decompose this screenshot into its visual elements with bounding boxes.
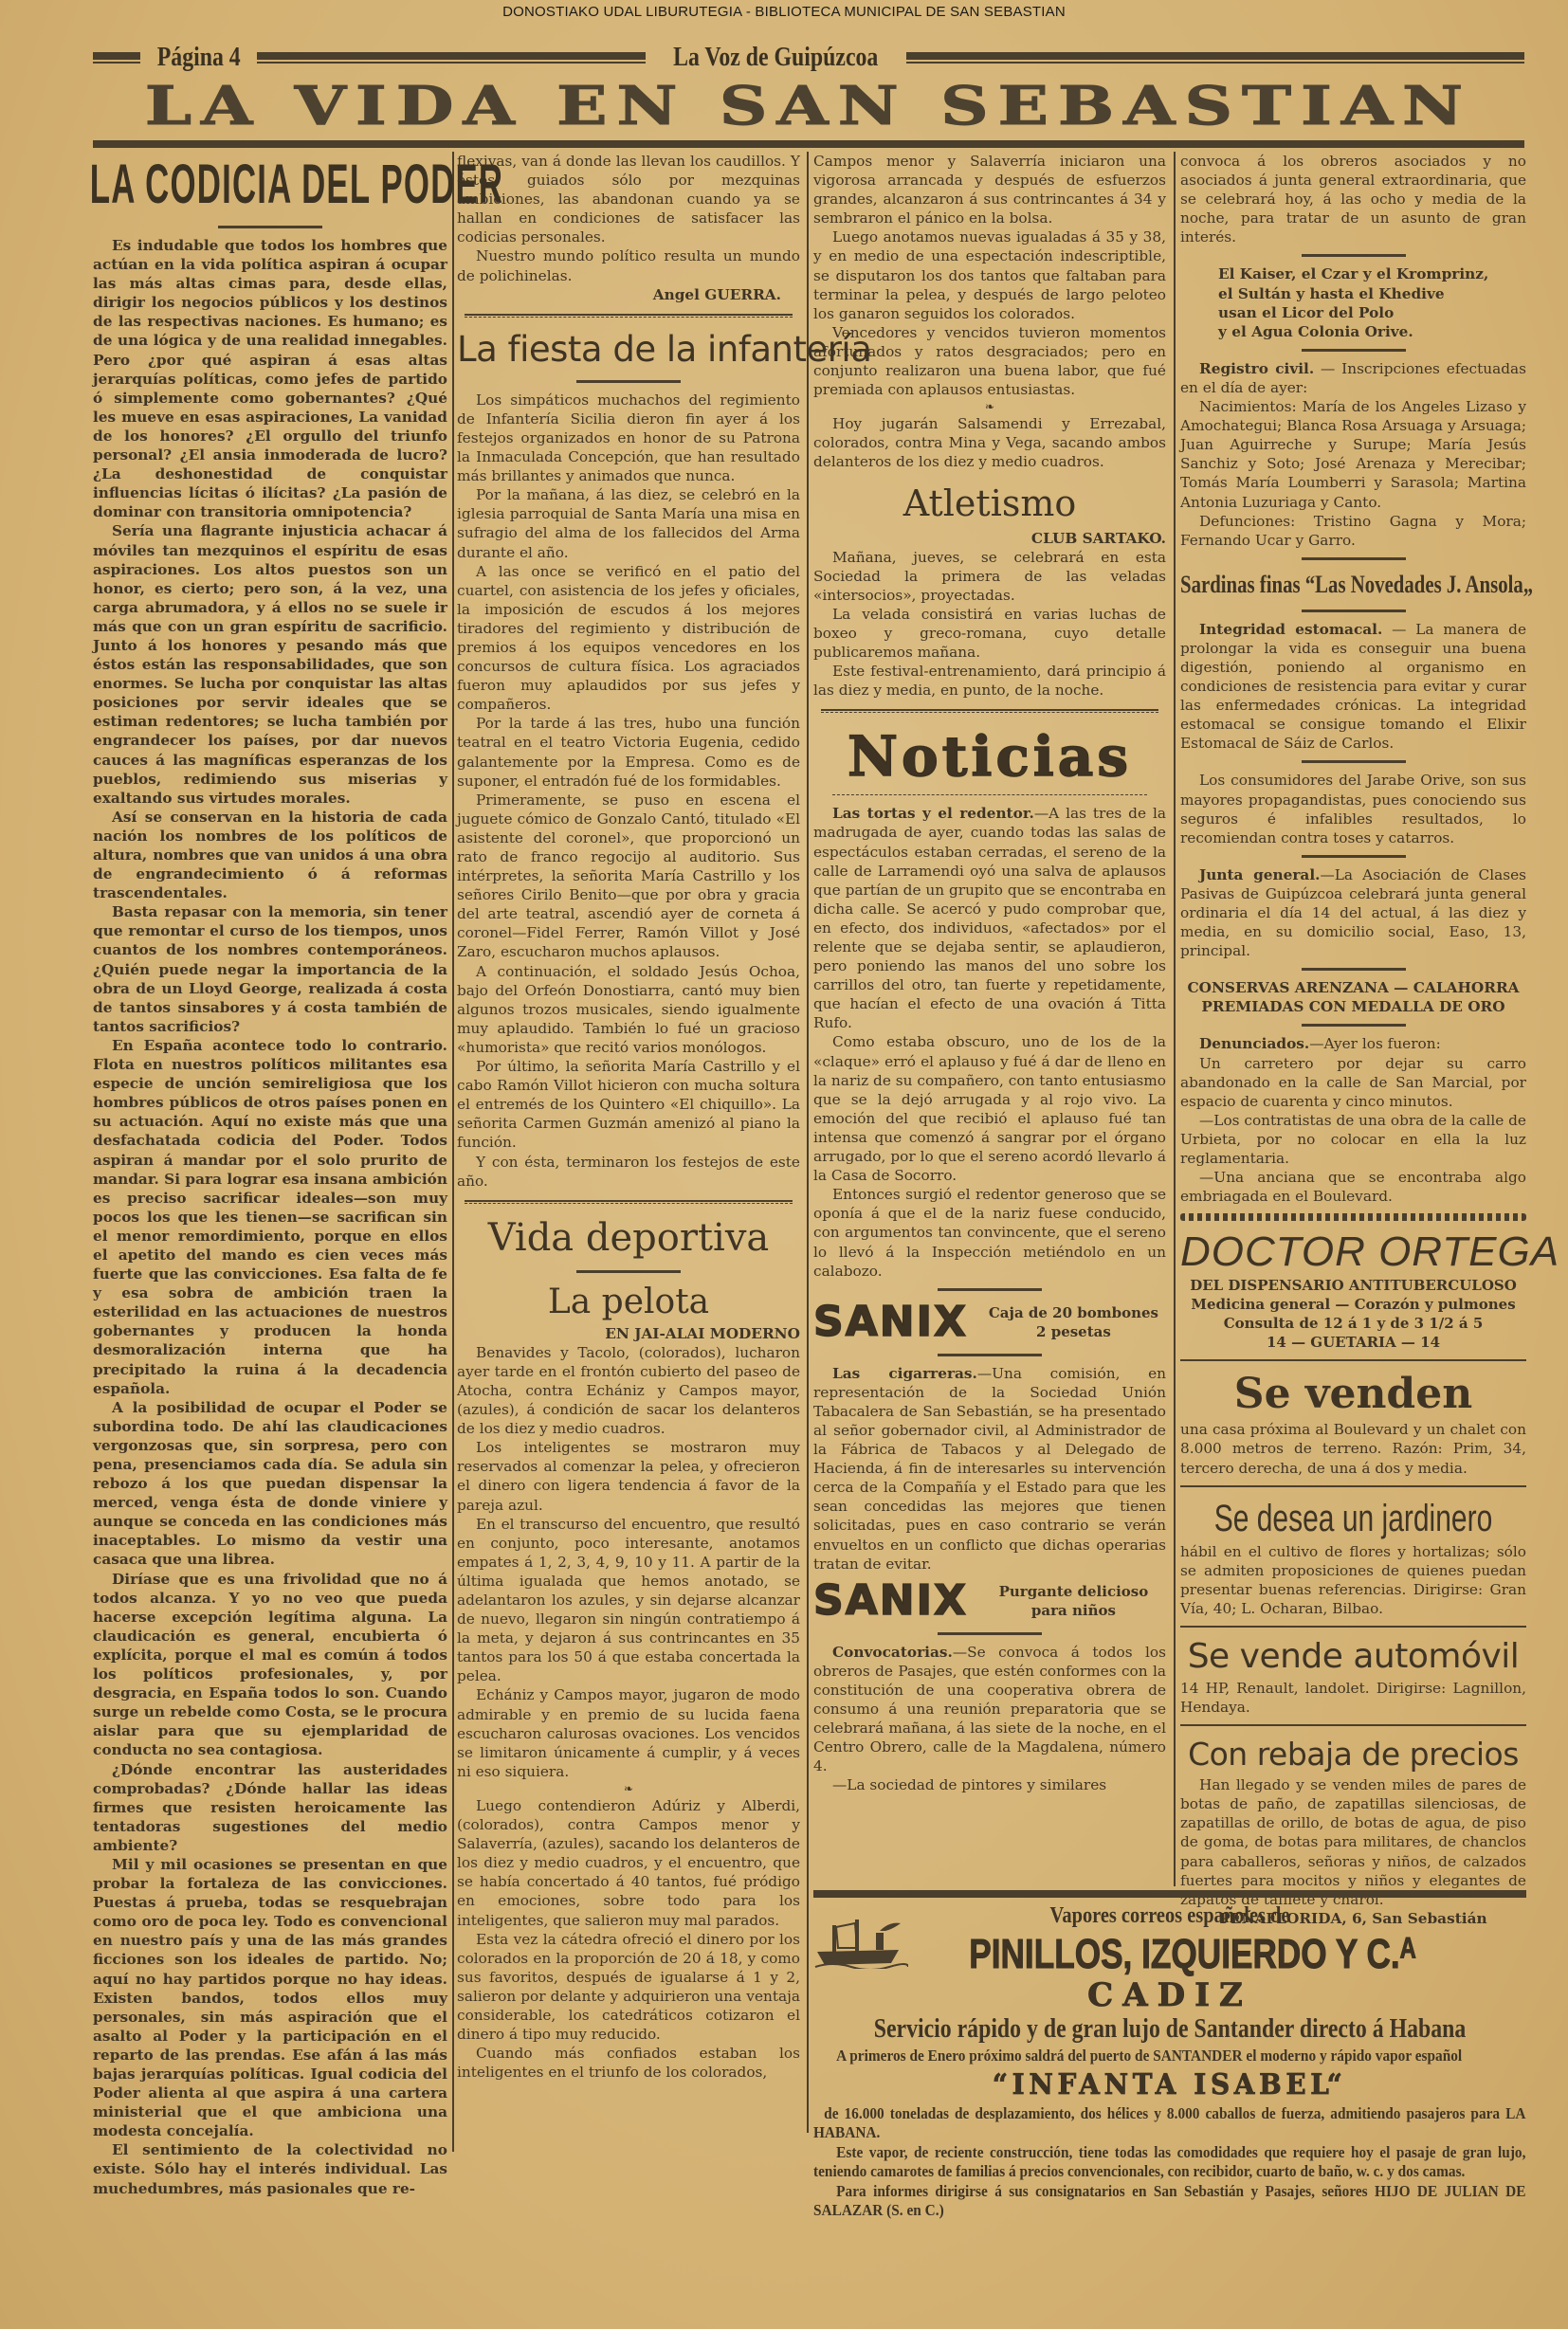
- sanix-logo: SANIX: [813, 1299, 968, 1346]
- title-rule: [218, 226, 322, 228]
- paragraph: Como estaba obscuro, uno de los de la «c…: [813, 1032, 1166, 1185]
- paragraph: Entonces surgió el redentor generoso que…: [813, 1185, 1166, 1280]
- rule: [1302, 855, 1406, 858]
- sanix-tagline: Purgante delicioso para niños: [981, 1582, 1166, 1620]
- paragraph: A las once se verificó en el patio del c…: [457, 562, 800, 715]
- article-codicia-del-poder: LA CODICIA DEL PODER Es indudable que to…: [93, 152, 447, 2123]
- rule: [1180, 1359, 1526, 1361]
- jardinero-ad: Se desea un jardinero: [1181, 1495, 1526, 1542]
- ornamental-rule: [465, 1200, 793, 1204]
- paragraph: Los inteligentes se mostraron muy reserv…: [457, 1438, 800, 1514]
- column-4: convoca á los obreros asociados y no aso…: [1180, 152, 1526, 1928]
- shipping-ad: Vapores correos españoles de PINILLOS, I…: [813, 1901, 1526, 2223]
- rule: [938, 1632, 1042, 1635]
- paragraph: Los consumidores del Jarabe Orive, son s…: [1180, 771, 1526, 846]
- doctor-ortega-ad: DOCTOR ORTEGA: [1180, 1228, 1526, 1276]
- article-title: La pelota: [457, 1281, 800, 1324]
- rule: [1302, 349, 1406, 352]
- paragraph: Campos menor y Salaverría iniciaron una …: [813, 152, 1166, 227]
- news-item: Las cigarreras.—Una comisión, en represe…: [813, 1364, 1166, 1574]
- newspaper-name: La Voz de Guipúzcoa: [674, 43, 879, 73]
- section-title: Vida deportiva: [457, 1213, 800, 1263]
- paragraph: Echániz y Campos mayor, jugaron de modo …: [457, 1685, 800, 1780]
- column-divider: [452, 152, 454, 2152]
- paragraph: —La sociedad de pintores y similares: [813, 1775, 1166, 1794]
- page-number: Página 4: [157, 43, 241, 73]
- conservas-ad: CONSERVAS ARENZANA — CALAHORRA: [1180, 978, 1526, 997]
- paragraph: 14 HP, Renault, landolet. Dirigirse: Lag…: [1180, 1679, 1526, 1717]
- column-3: Campos menor y Salaverría iniciaron una …: [813, 152, 1166, 1794]
- paragraph: Así se conservan en la historia de cada …: [93, 808, 447, 902]
- rule: [1302, 968, 1406, 971]
- club-name: CLUB SARTAKO.: [813, 529, 1166, 548]
- rule: [1302, 760, 1406, 763]
- paragraph: —Los contratistas de una obra de la call…: [1180, 1111, 1526, 1168]
- sanix-ad: SANIX Caja de 20 bombones 2 pesetas: [813, 1299, 1166, 1346]
- automovil-ad: Se vende automóvil: [1180, 1635, 1526, 1679]
- paragraph: Es indudable que todos los hombres que a…: [93, 236, 447, 521]
- rule: [1302, 610, 1406, 612]
- paragraph: Mañana, jueves, se celebrará en esta Soc…: [813, 548, 1166, 605]
- sanix-ad: SANIX Purgante delicioso para niños: [813, 1577, 1166, 1625]
- paragraph: Nuestro mundo político resulta un mundo …: [457, 246, 800, 284]
- archive-banner: DONOSTIAKO UDAL LIBURUTEGIA - BIBLIOTECA…: [0, 4, 1568, 20]
- page-header: Página 4 La Voz de Guipúzcoa: [93, 42, 1524, 74]
- paragraph: Por la mañana, á las diez, se celebró en…: [457, 485, 800, 561]
- sanix-tagline: Caja de 20 bombones 2 pesetas: [981, 1303, 1166, 1341]
- paragraph: Benavides y Tacolo, (colorados), lucharo…: [457, 1343, 800, 1438]
- paragraph: Y con ésta, terminaron los festejos de e…: [457, 1153, 800, 1191]
- article-subtitle: EN JAI-ALAI MODERNO: [457, 1324, 800, 1343]
- header-rule: [93, 52, 140, 64]
- paragraph: A continuación, el soldado Jesús Ochoa, …: [457, 962, 800, 1057]
- rule: [1302, 557, 1406, 560]
- paragraph: Un carretero por dejar su carro abandona…: [1180, 1054, 1526, 1111]
- paragraph: convoca á los obreros asociados y no aso…: [1180, 152, 1526, 246]
- news-lead: Las cigarreras.: [832, 1365, 977, 1382]
- news-item: Integridad estomacal. — La manera de pro…: [1180, 620, 1526, 754]
- author-signature: Angel GUERRA.: [457, 285, 800, 304]
- paragraph: Sería una flagrante injusticia achacar á…: [93, 521, 447, 807]
- article-title: Atletismo: [813, 478, 1166, 529]
- paragraph: Diríase que es una frivolidad que no á t…: [93, 1570, 447, 1760]
- news-item: Junta general.—La Asociación de Clases P…: [1180, 865, 1526, 960]
- paragraph: El sentimiento de la colectividad no exi…: [93, 2140, 447, 2197]
- paragraph: Basta repasar con la memoria, sin tener …: [93, 902, 447, 1036]
- shipping-company: PINILLOS, IZQUIERDO Y C.ᴬ: [884, 1931, 1455, 1978]
- rule: [1302, 254, 1406, 257]
- paragraph: una casa próxima al Boulevard y un chale…: [1180, 1420, 1526, 1477]
- column-divider: [807, 152, 809, 2133]
- rule: [1302, 1024, 1406, 1027]
- news-item: Convocatorias.—Se convoca á todos los ob…: [813, 1643, 1166, 1776]
- se-venden-ad: Se venden: [1180, 1369, 1526, 1420]
- paragraph: Luego contendieron Adúriz y Alberdi, (co…: [457, 1796, 800, 1930]
- paragraph: Este festival-entrenamiento, dará princi…: [813, 662, 1166, 700]
- paragraph: Han llegado y se venden miles de pares d…: [1180, 1775, 1526, 1909]
- paragraph: Por la tarde á las tres, hubo una funció…: [457, 714, 800, 790]
- paragraph: Nacimientos: María de los Angeles Lizaso…: [1180, 397, 1526, 512]
- conservas-ad: PREMIADAS CON MEDALLA DE ORO: [1180, 997, 1526, 1016]
- ornament-icon: ❧: [457, 1781, 800, 1796]
- news-item: Las tortas y el redentor.—A las tres de …: [813, 804, 1166, 1032]
- title-rule: [576, 380, 681, 383]
- paragraph: hábil en el cultivo de flores y hortaliz…: [1180, 1542, 1526, 1618]
- shipping-body: A primeros de Enero próximo saldrá del p…: [813, 2047, 1525, 2221]
- paragraph: Cuando más confiados estaban los intelig…: [457, 2044, 800, 2082]
- title-rule: [576, 1270, 681, 1273]
- paragraph: A la posibilidad de ocupar el Poder se s…: [93, 1398, 447, 1570]
- rule: [1180, 1626, 1526, 1628]
- article-title: LA CODICIA DEL PODER: [90, 152, 450, 218]
- column-divider: [1174, 152, 1176, 1886]
- shipping-service: Servicio rápido y de gran lujo de Santan…: [834, 2012, 1504, 2047]
- shipping-intro: Vapores correos españoles de: [866, 1901, 1472, 1931]
- ornamental-rule: [821, 709, 1158, 713]
- shipping-city: CADIZ: [813, 1978, 1526, 2012]
- paragraph: ¿Dónde encontrar las austeridades compro…: [93, 1760, 447, 1855]
- paragraph: Esta vez la cátedra ofreció el dinero po…: [457, 1930, 800, 2045]
- ad-rule: [813, 1890, 1526, 1898]
- paragraph: Defunciones: Tristino Gagna y Mora; Fern…: [1180, 512, 1526, 550]
- rule: [938, 1354, 1042, 1356]
- paragraph: La velada consistirá en varias luchas de…: [813, 605, 1166, 662]
- news-lead: Convocatorias.: [832, 1644, 953, 1661]
- header-rule: [906, 52, 1524, 64]
- paragraph: flexivas, van á donde las llevan los cau…: [457, 152, 800, 246]
- header-rule: [257, 52, 646, 64]
- ornament-icon: ❧: [813, 399, 1166, 414]
- rule: [1180, 1485, 1526, 1487]
- paragraph: En España acontece todo lo contrario. Fl…: [93, 1036, 447, 1398]
- news-lead: Las tortas y el redentor.: [832, 805, 1034, 822]
- section-title: Noticias: [813, 722, 1166, 791]
- ship-name: “INFANTA ISABEL“: [813, 2066, 1525, 2104]
- paragraph: Por último, la señorita María Castrillo …: [457, 1057, 800, 1152]
- rule: [1180, 1724, 1526, 1726]
- rule: [938, 1288, 1042, 1291]
- section-masthead: LA VIDA EN SAN SEBASTIAN: [0, 78, 1568, 135]
- paragraph: Hoy jugarán Salsamendi y Errezabal, colo…: [813, 414, 1166, 471]
- rebaja-ad: Con rebaja de precios: [1180, 1734, 1526, 1775]
- paragraph: En el transcurso del encuentro, que resu…: [457, 1515, 800, 1686]
- sardinas-ad: Sardinas finas “Las Novedades J. Ansola„: [1180, 568, 1457, 602]
- paragraph: Primeramente, se puso en escena el jugue…: [457, 791, 800, 962]
- paragraph: Mil y mil ocasiones se presentan en que …: [93, 1855, 447, 2140]
- article-title: La fiesta de la infantería: [457, 327, 800, 373]
- news-item: Registro civil. — Inscripciones efectuad…: [1180, 359, 1526, 397]
- paragraph: —Una anciana que se encontraba algo embr…: [1180, 1168, 1526, 1206]
- column-2: flexivas, van á donde las llevan los cau…: [457, 152, 800, 2082]
- news-item: Denunciados.—Ayer los fueron:: [1180, 1034, 1526, 1053]
- paragraph: Los simpáticos muchachos del regimiento …: [457, 391, 800, 485]
- masthead-rule: [93, 140, 1524, 148]
- paragraph: Luego anotamos nuevas igualadas á 35 y 3…: [813, 227, 1166, 322]
- paragraph: Vencedores y vencidos tuvieron momentos …: [813, 323, 1166, 399]
- wavy-rule: [1180, 1213, 1526, 1221]
- ornamental-rule: [465, 314, 793, 318]
- dashed-rule: [832, 794, 1147, 798]
- sanix-logo: SANIX: [813, 1577, 968, 1625]
- kaiser-ad: El Kaiser, el Czar y el Kromprinz, el Su…: [1180, 264, 1526, 340]
